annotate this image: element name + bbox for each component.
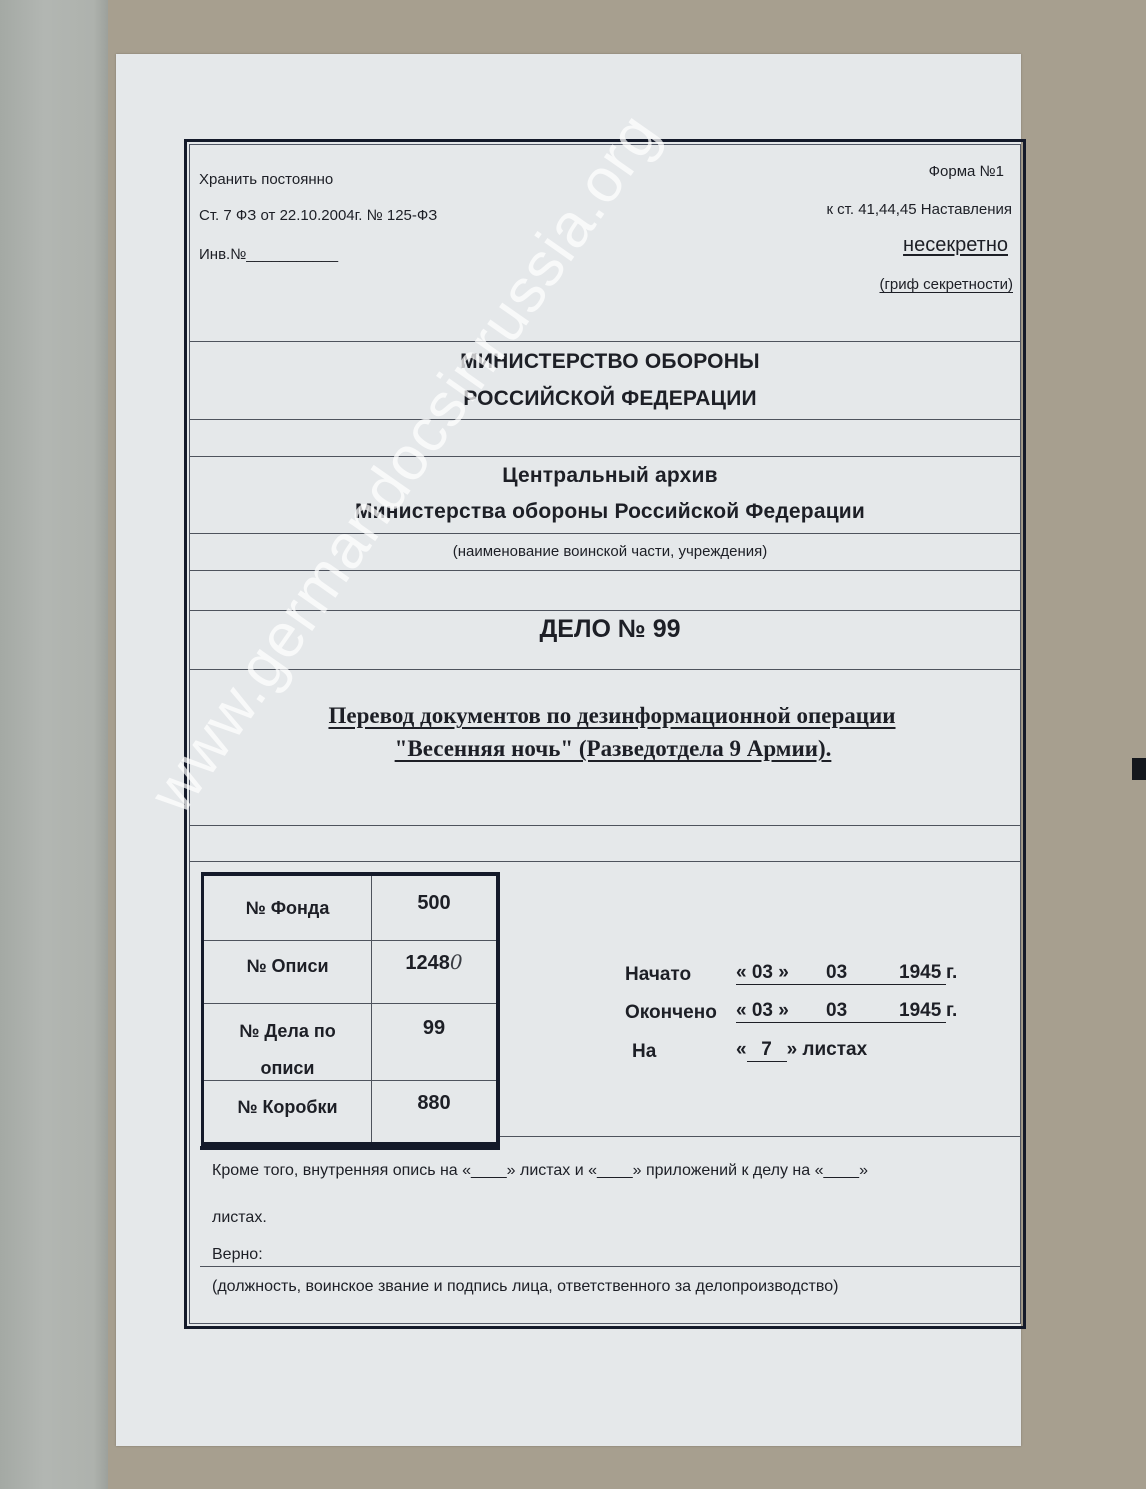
box-label: № Коробки	[204, 1097, 371, 1118]
form-number: Форма №1	[929, 163, 1004, 180]
box-value: 880	[372, 1092, 496, 1115]
inventory-list-handwritten: 0	[450, 950, 463, 974]
archive-line-2: Министерства обороны Российской Федераци…	[0, 500, 1146, 524]
archive-caption: (наименование воинской части, учреждения…	[0, 543, 1146, 560]
inventory-list-label: № Описи	[204, 956, 371, 977]
divider	[190, 669, 1020, 670]
divider	[190, 419, 1020, 420]
sheets-open: «	[736, 1039, 747, 1060]
archive-line-1: Центральный архив	[0, 464, 1146, 488]
ended-date: « 03 » 03 1945	[736, 1000, 946, 1023]
signature-caption: (должность, воинское звание и подпись ли…	[212, 1278, 838, 1296]
case-number-label: № Дела по	[204, 1021, 371, 1042]
classification-stamp: несекретно	[903, 234, 1008, 257]
case-title: ДЕЛО № 99	[0, 615, 1146, 644]
started-year: 1945	[899, 962, 941, 984]
row-divider	[204, 1003, 496, 1004]
registry-table: № Фонда 500 № Описи 12480 № Дела по опис…	[201, 872, 500, 1147]
divider	[190, 825, 1020, 826]
ended-day: « 03 »	[736, 1000, 789, 1022]
table-bottom-border	[200, 1146, 500, 1150]
divider	[190, 341, 1020, 342]
row-divider	[204, 1080, 496, 1081]
divider	[190, 610, 1020, 611]
ended-label: Окончено	[625, 1002, 717, 1024]
started-date: « 03 » 03 1945	[736, 962, 946, 985]
divider	[190, 533, 1020, 534]
internal-inventory-line: Кроме того, внутренняя опись на «____» л…	[212, 1162, 868, 1180]
sheets-count-line: «7» листах	[736, 1039, 867, 1062]
started-year-suffix: г.	[946, 962, 957, 984]
started-month: 03	[826, 962, 847, 984]
divider	[200, 1266, 1020, 1267]
ended-year: 1945	[899, 1000, 941, 1022]
started-day: « 03 »	[736, 962, 789, 984]
inventory-list-printed: 1248	[405, 952, 450, 974]
inventory-blank: ___________	[246, 246, 338, 263]
started-label: Начато	[625, 964, 691, 986]
ministry-line-1: МИНИСТЕРСТВО ОБОРОНЫ	[0, 350, 1146, 374]
sheets-count: 7	[747, 1039, 787, 1062]
manual-reference: к ст. 41,44,45 Наставления	[826, 201, 1012, 218]
divider	[500, 1136, 1020, 1137]
divider	[190, 570, 1020, 571]
inventory-label: Инв.№	[199, 246, 246, 263]
fund-label: № Фонда	[204, 898, 371, 919]
case-subject-line-1: Перевод документов по дезинформационной …	[0, 703, 1146, 729]
ministry-line-2: РОССИЙСКОЙ ФЕДЕРАЦИИ	[0, 387, 1146, 411]
ended-month: 03	[826, 1000, 847, 1022]
case-number-label-2: описи	[204, 1058, 371, 1079]
divider	[190, 861, 1020, 862]
form-frame	[184, 139, 1026, 1329]
certified-label: Верно:	[212, 1246, 263, 1264]
internal-inventory-line-2: листах.	[212, 1209, 267, 1227]
ended-year-suffix: г.	[946, 1000, 957, 1022]
fund-value: 500	[372, 892, 496, 915]
case-subject-line-2: "Весенняя ночь" (Разведотдела 9 Армии).	[0, 736, 1146, 762]
storage-term: Хранить постоянно	[199, 171, 333, 188]
sheets-close: » листах	[787, 1039, 868, 1060]
inventory-number: Инв.№___________	[199, 246, 338, 263]
inventory-list-value: 12480	[372, 950, 496, 975]
law-reference: Ст. 7 ФЗ от 22.10.2004г. № 125-ФЗ	[199, 207, 437, 224]
sheets-label: На	[632, 1041, 656, 1063]
case-number-value: 99	[372, 1017, 496, 1040]
classification-caption: (гриф секретности)	[879, 276, 1013, 293]
row-divider	[204, 940, 496, 941]
divider	[190, 456, 1020, 457]
